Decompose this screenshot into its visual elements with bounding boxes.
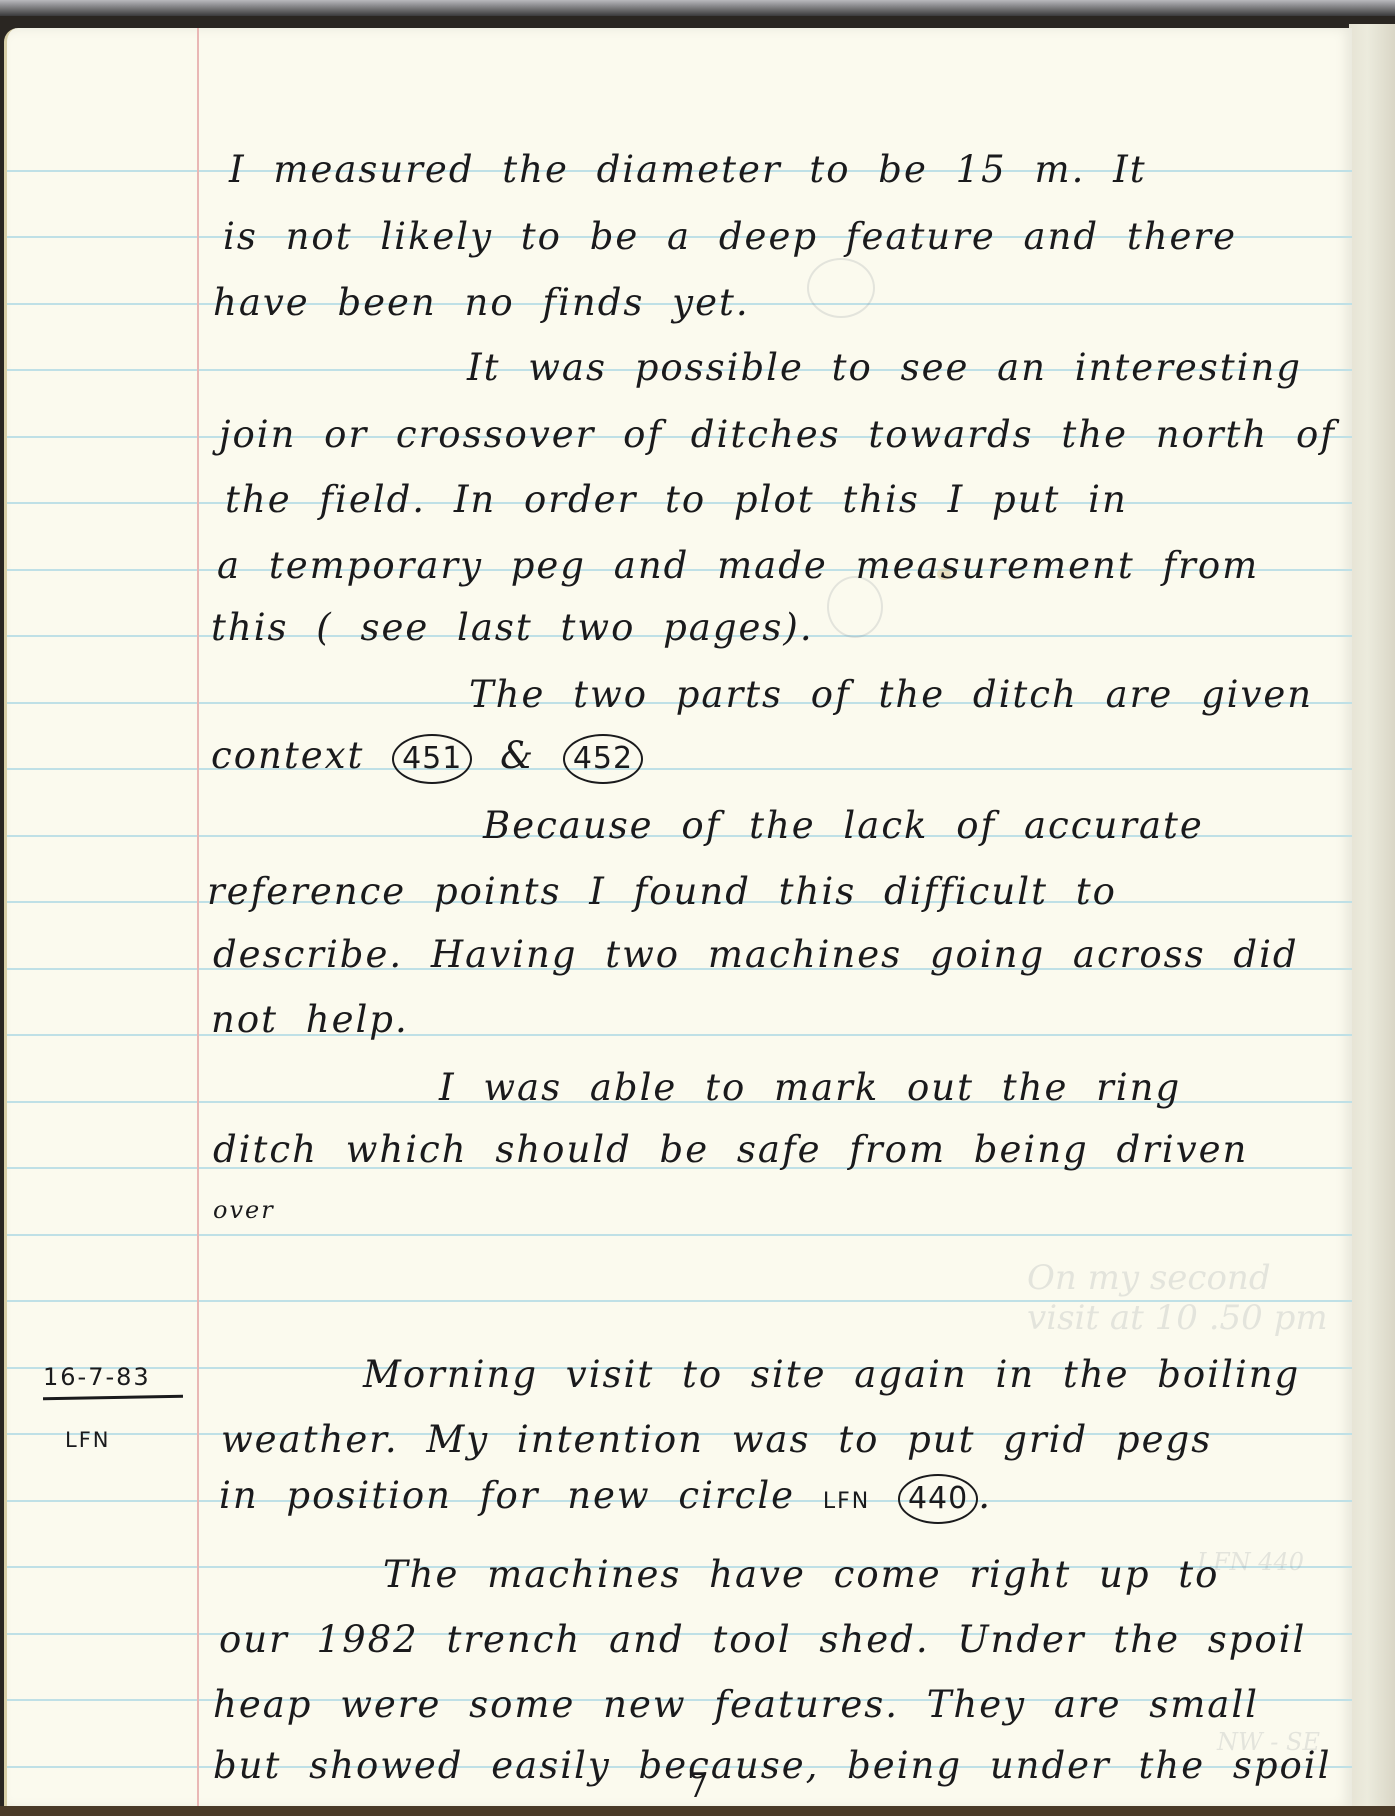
entry-1-line-13: describe. Having two machines going acro…: [213, 933, 1299, 976]
site-code: LFN: [65, 1428, 111, 1452]
rule-line: [7, 768, 1352, 770]
context-label: context: [211, 734, 364, 777]
margin-line: [197, 28, 199, 1808]
entry-2-line-2: weather. My intention was to put grid pe…: [221, 1418, 1212, 1461]
entry-1-line-15: I was able to mark out the ring: [439, 1066, 1181, 1109]
entry-1-line-5: join or crossover of ditches towards the…: [219, 413, 1336, 456]
entry-1-line-8: this ( see last two pages).: [211, 606, 814, 649]
scanner-top-edge: [0, 0, 1395, 16]
entry-2-line-5: our 1982 trench and tool shed. Under the…: [219, 1618, 1306, 1661]
entry-1-line-11: Because of the lack of accurate: [483, 804, 1204, 847]
site-code-inline: LFN: [823, 1489, 870, 1514]
ampersand: &: [500, 734, 535, 777]
entry-1-line-10: context 451 & 452: [211, 734, 643, 784]
circle-number-440: 440: [898, 1474, 978, 1524]
entry-1-line-9: The two parts of the ditch are given: [469, 673, 1313, 716]
entry-2-line-3-text: in position for new circle: [219, 1474, 795, 1517]
entry-1-line-7: a temporary peg and made measurement fro…: [217, 544, 1259, 587]
entry-2-line-1: Morning visit to site again in the boili…: [363, 1353, 1300, 1396]
entry-1-line-12: reference points I found this difficult …: [207, 870, 1117, 913]
entry-2-line-4: The machines have come right up to: [383, 1553, 1219, 1596]
entry-1-line-16: ditch which should be safe from being dr…: [213, 1128, 1248, 1171]
entry-1-line-1: I measured the diameter to be 15 m. It: [229, 148, 1147, 191]
entry-2-line-7: but showed easily because, being under t…: [213, 1744, 1331, 1787]
rule-line: [7, 1234, 1352, 1236]
notebook-bottom-edge: [0, 1806, 1395, 1816]
entry-1-line-6: the field. In order to plot this I put i…: [225, 478, 1128, 521]
entry-1-line-4: It was possible to see an interesting: [467, 346, 1302, 389]
bleed-through-circle: [807, 258, 875, 318]
entry-1-line-3: have been no finds yet.: [213, 281, 750, 324]
bleed-through-text: On my second visit at 10 .50 pm: [1027, 1258, 1352, 1338]
entry-1-line-17: over: [213, 1196, 275, 1224]
rule-line: [7, 1034, 1352, 1036]
page-fore-edge: [1349, 24, 1395, 1808]
entry-2-line-6: heap were some new features. They are sm…: [213, 1683, 1259, 1726]
date-underline: [43, 1395, 183, 1400]
entry-2-line-3: in position for new circle LFN 440.: [219, 1474, 992, 1524]
entry-1-line-14: not help.: [211, 998, 409, 1041]
notebook-page: On my second visit at 10 .50 pm LFN 440 …: [4, 28, 1352, 1808]
context-number-451: 451: [392, 734, 472, 784]
entry-1-line-2: is not likely to be a deep feature and t…: [223, 215, 1237, 258]
context-number-452: 452: [563, 734, 643, 784]
period: .: [978, 1474, 992, 1517]
entry-date: 16-7-83: [43, 1363, 151, 1391]
page-number: 7: [687, 1766, 709, 1806]
